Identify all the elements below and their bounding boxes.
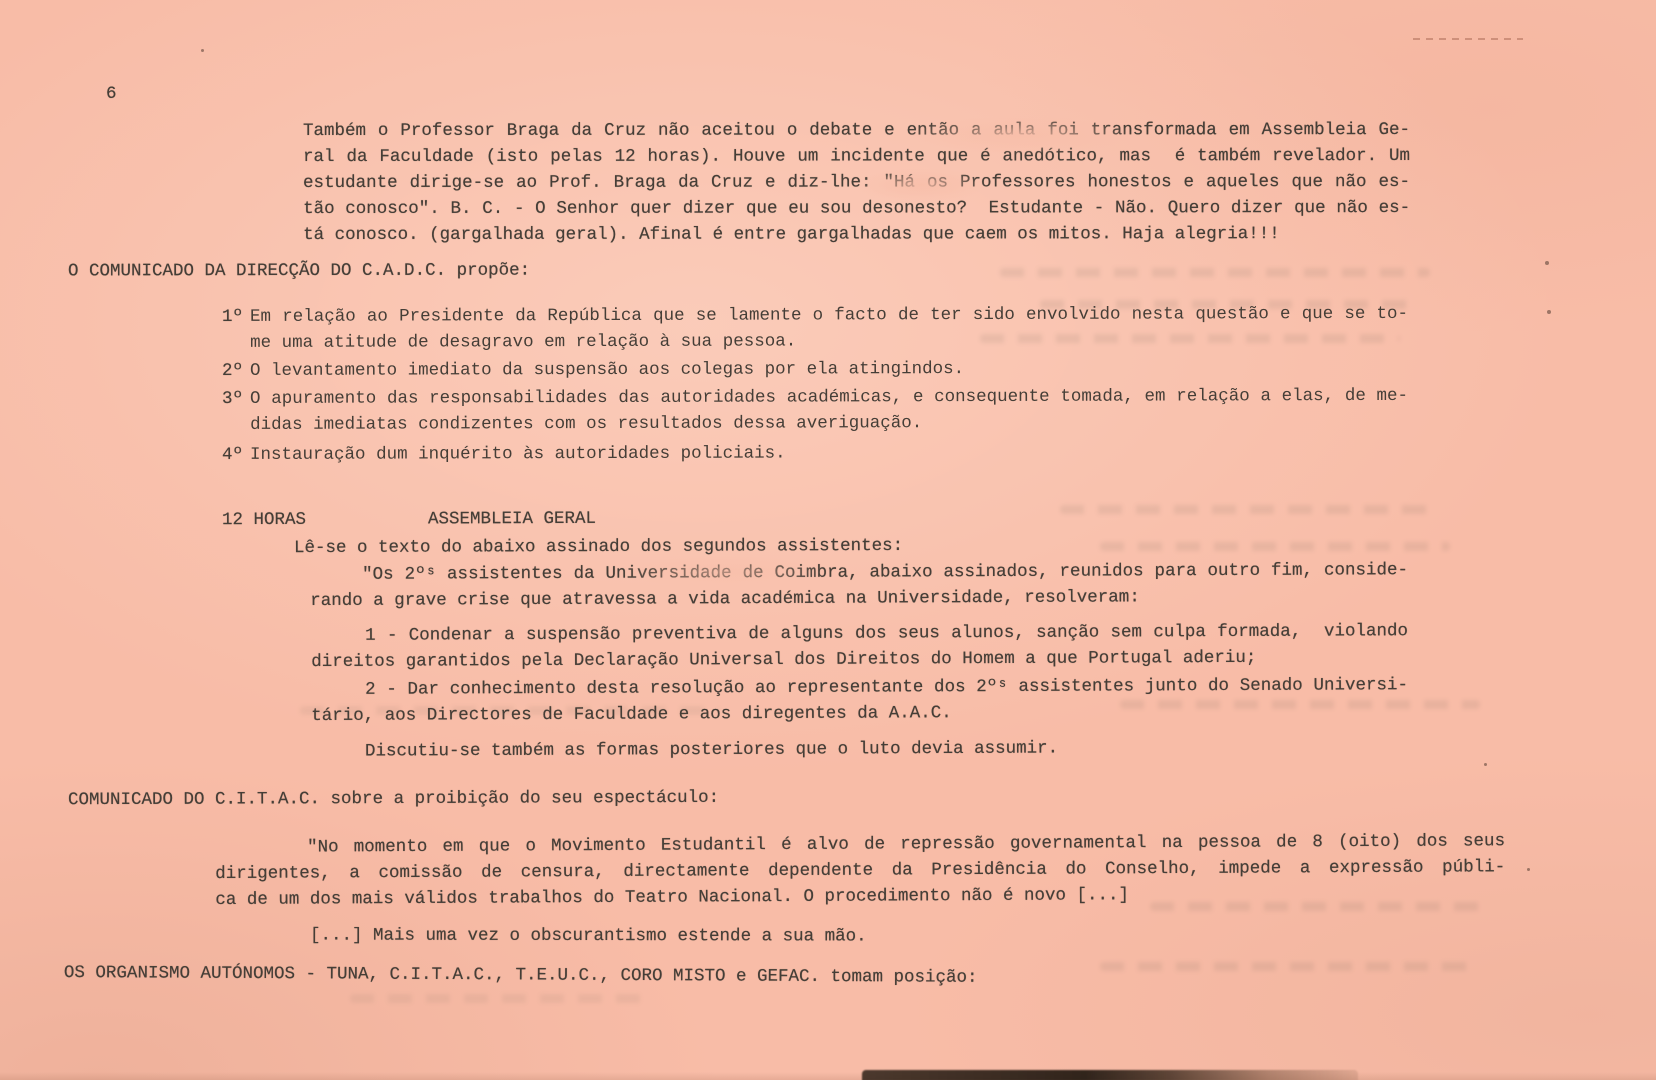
text-line: ral da Faculdade (isto pelas 12 horas). … xyxy=(303,143,1410,170)
item-marker: 1º xyxy=(222,304,250,356)
cadc-item-1: 1º Em relação ao Presidente da República… xyxy=(222,301,1408,356)
text-line: "Os 2ºˢ assistentes da Universidade de C… xyxy=(310,557,1408,588)
bleedthrough-smudge xyxy=(1060,505,1440,514)
page-number: 6 xyxy=(106,84,117,104)
intro-paragraph: Também o Professor Braga da Cruz não ace… xyxy=(303,117,1410,248)
text-line: O apuramento das responsabilidades das a… xyxy=(250,383,1408,412)
text-line: direitos garantidos pela Declaração Univ… xyxy=(311,644,1408,675)
resolution-1: 1 - Condenar a suspensão preventiva de a… xyxy=(311,618,1408,675)
text-line: estudante dirige-se ao Prof. Braga da Cr… xyxy=(303,169,1410,196)
text-line: Em relação ao Presidente da República qu… xyxy=(250,301,1408,330)
assembly-lead: Lê-se o texto do abaixo assinado dos seg… xyxy=(294,536,903,558)
text-line: tão conosco". B. C. - O Senhor quer dize… xyxy=(303,195,1410,222)
text-line: me uma atitude de desagravo em relação à… xyxy=(250,327,1408,356)
text-line: rando a grave crise que atravessa a vida… xyxy=(310,583,1408,614)
citac-communique-heading: COMUNICADO DO C.I.T.A.C. sobre a proibiç… xyxy=(68,788,719,810)
assembly-header: 12 HORAS ASSEMBLEIA GERAL xyxy=(222,510,306,530)
cadc-item-2: 2º O levantamento imediato da suspensão … xyxy=(222,355,1408,384)
text-line: 2 - Dar conhecimento desta resolução ao … xyxy=(311,672,1408,703)
item-marker: 3º xyxy=(222,386,250,438)
citac-addendum: [...] Mais uma vez o obscurantismo esten… xyxy=(310,926,867,947)
assembly-time-label: 12 HORAS xyxy=(222,510,306,530)
citac-body: "No momento em que o Movimento Estudanti… xyxy=(215,828,1505,913)
paper-speck xyxy=(1484,763,1487,766)
organisms-line: OS ORGANISMO AUTÓNOMOS - TUNA, C.I.T.A.C… xyxy=(64,963,978,988)
text-line: ca de um dos mais válidos trabalhos do T… xyxy=(215,880,1505,913)
resolution-2: 2 - Dar conhecimento desta resolução ao … xyxy=(311,672,1408,729)
text-line: O levantamento imediato da suspensão aos… xyxy=(250,355,1408,384)
assembly-quote: "Os 2ºˢ assistentes da Universidade de C… xyxy=(310,557,1408,614)
bleedthrough-smudge xyxy=(350,994,650,1003)
text-line: tá conosco. (gargalhada geral). Afinal é… xyxy=(303,221,1410,248)
cadc-item-4: 4º Instauração dum inquérito às autorida… xyxy=(222,439,1408,468)
bleedthrough-smudge xyxy=(1100,962,1480,971)
bleedthrough-smudge xyxy=(1100,542,1450,551)
text-line: didas imediatas condizentes com os resul… xyxy=(250,409,1408,438)
scan-bottom-edge-shading xyxy=(0,1072,1656,1080)
assembly-closing: Discutiu-se também as formas posteriores… xyxy=(365,738,1058,761)
paper-speck xyxy=(1545,261,1549,265)
text-line: Também o Professor Braga da Cruz não ace… xyxy=(303,117,1410,144)
paper-speck xyxy=(1547,310,1551,314)
cadc-item-3: 3º O apuramento das responsabilidades da… xyxy=(222,383,1408,438)
assembly-title: ASSEMBLEIA GERAL xyxy=(428,509,596,530)
scanner-shadow-bar xyxy=(862,1070,1358,1080)
text-line: Instauração dum inquérito às autoridades… xyxy=(250,439,1408,468)
scanned-document-page: 6 Também o Professor Braga da Cruz não a… xyxy=(0,0,1656,1080)
bleedthrough-smudge xyxy=(1000,268,1430,277)
text-line: tário, aos Directores de Faculdade e aos… xyxy=(311,698,1408,729)
paper-speck xyxy=(1527,868,1530,871)
fold-dash-mark xyxy=(1413,38,1523,40)
item-marker: 4º xyxy=(222,442,250,468)
cadc-communique-heading: O COMUNICADO DA DIRECÇÃO DO C.A.D.C. pro… xyxy=(68,261,530,282)
item-marker: 2º xyxy=(222,358,250,384)
paper-speck xyxy=(201,49,204,52)
